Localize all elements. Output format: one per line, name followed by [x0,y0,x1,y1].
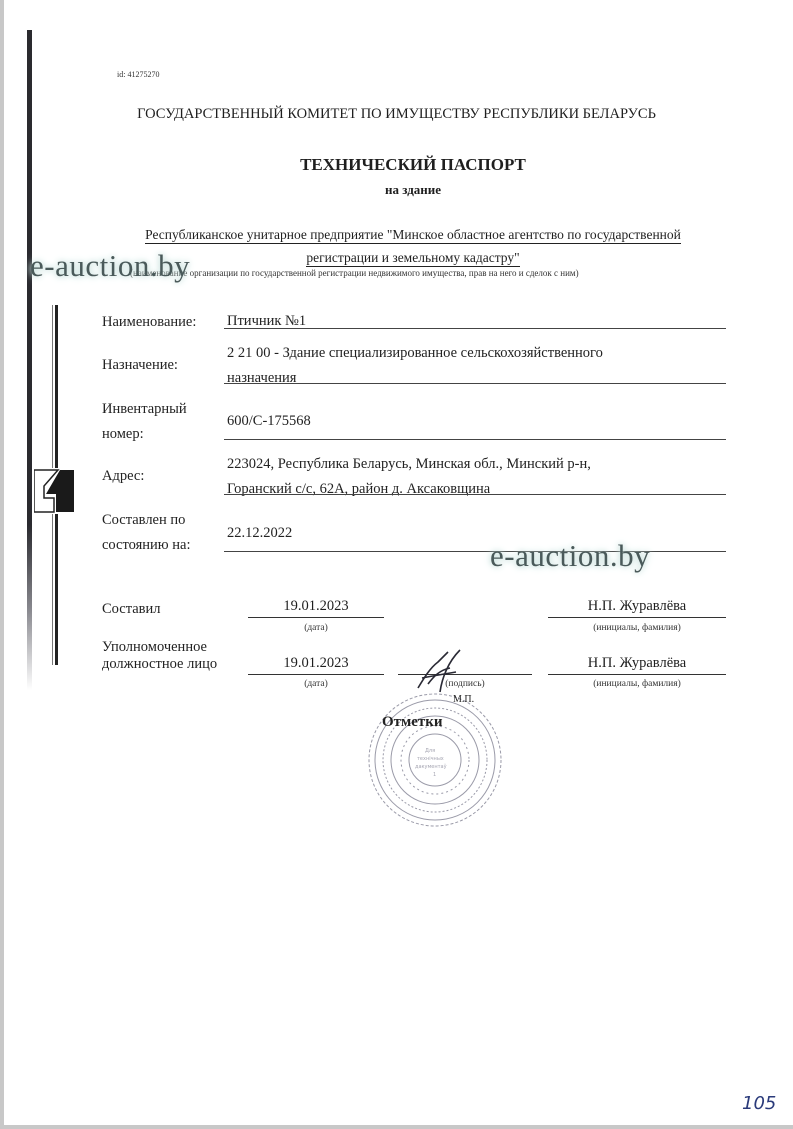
purpose-underline [224,383,726,384]
official-date-line [248,674,384,675]
purpose-value-line-1: 2 21 00 - Здание специализированное сель… [227,340,603,366]
binding-bar [27,30,32,690]
inventory-value: 600/С-175568 [227,408,311,434]
official-label-line-1: Уполномоченное [102,638,207,656]
official-name-caption: (инициалы, фамилия) [548,679,726,689]
page-border-bottom [0,1125,793,1129]
compiled-date-line [248,617,384,618]
name-underline [224,328,726,329]
compiled-date-caption: (дата) [248,623,384,633]
watermark: e-auction.by [490,538,650,574]
document-title: ТЕХНИЧЕСКИЙ ПАСПОРТ [0,155,793,175]
address-value-line-2: Горанский с/с, 62А, район д. Аксаковщина [227,476,490,502]
binder-clip-icon [34,468,74,514]
state-label-line-1: Составлен по [102,509,185,532]
svg-text:Для: Для [425,748,435,754]
svg-text:технічных: технічных [417,756,444,762]
name-label: Наименование: [102,311,196,334]
compiled-date: 19.01.2023 [248,598,384,615]
official-label-line-2: должностное лицо [102,655,217,673]
official-name: Н.П. Журавлёва [548,655,726,672]
committee-heading: ГОСУДАРСТВЕННЫЙ КОМИТЕТ ПО ИМУЩЕСТВУ РЕС… [0,106,793,123]
compiled-name: Н.П. Журавлёва [548,598,726,615]
svg-text:1: 1 [433,772,436,778]
official-seal-stamp: Для технічных дакументаў 1 [365,690,505,830]
purpose-label: Назначение: [102,354,178,377]
compiled-label: Составил [102,598,161,621]
state-label-line-2: состоянию на: [102,534,190,557]
official-date-caption: (дата) [248,679,384,689]
inventory-label-line-1: Инвентарный [102,398,187,421]
purpose-value-line-2: назначения [227,365,296,391]
document-subtitle: на здание [0,182,793,198]
organization-caption: (наименование организации по государстве… [130,268,579,278]
state-value: 22.12.2022 [227,520,292,546]
document-id: id: 41275270 [117,70,159,79]
address-underline [224,494,726,495]
address-label: Адрес: [102,465,144,488]
compiled-name-caption: (инициалы, фамилия) [548,623,726,633]
organization-line-1: Республиканское унитарное предприятие "М… [0,227,793,243]
marks-heading: Отметки [382,714,443,731]
address-value-line-1: 223024, Республика Беларусь, Минская обл… [227,451,591,477]
seal-caption: М.П. [453,694,474,705]
compiled-name-line [548,617,726,618]
inventory-underline [224,439,726,440]
svg-text:дакументаў: дакументаў [415,764,447,770]
name-value: Птичник №1 [227,308,306,334]
handwritten-page-number: 105 [742,1093,776,1114]
watermark: e-auction.by [30,248,190,284]
inventory-label-line-2: номер: [102,423,144,446]
signature [410,648,470,694]
official-name-line [548,674,726,675]
state-underline [224,551,726,552]
official-date: 19.01.2023 [248,655,384,672]
